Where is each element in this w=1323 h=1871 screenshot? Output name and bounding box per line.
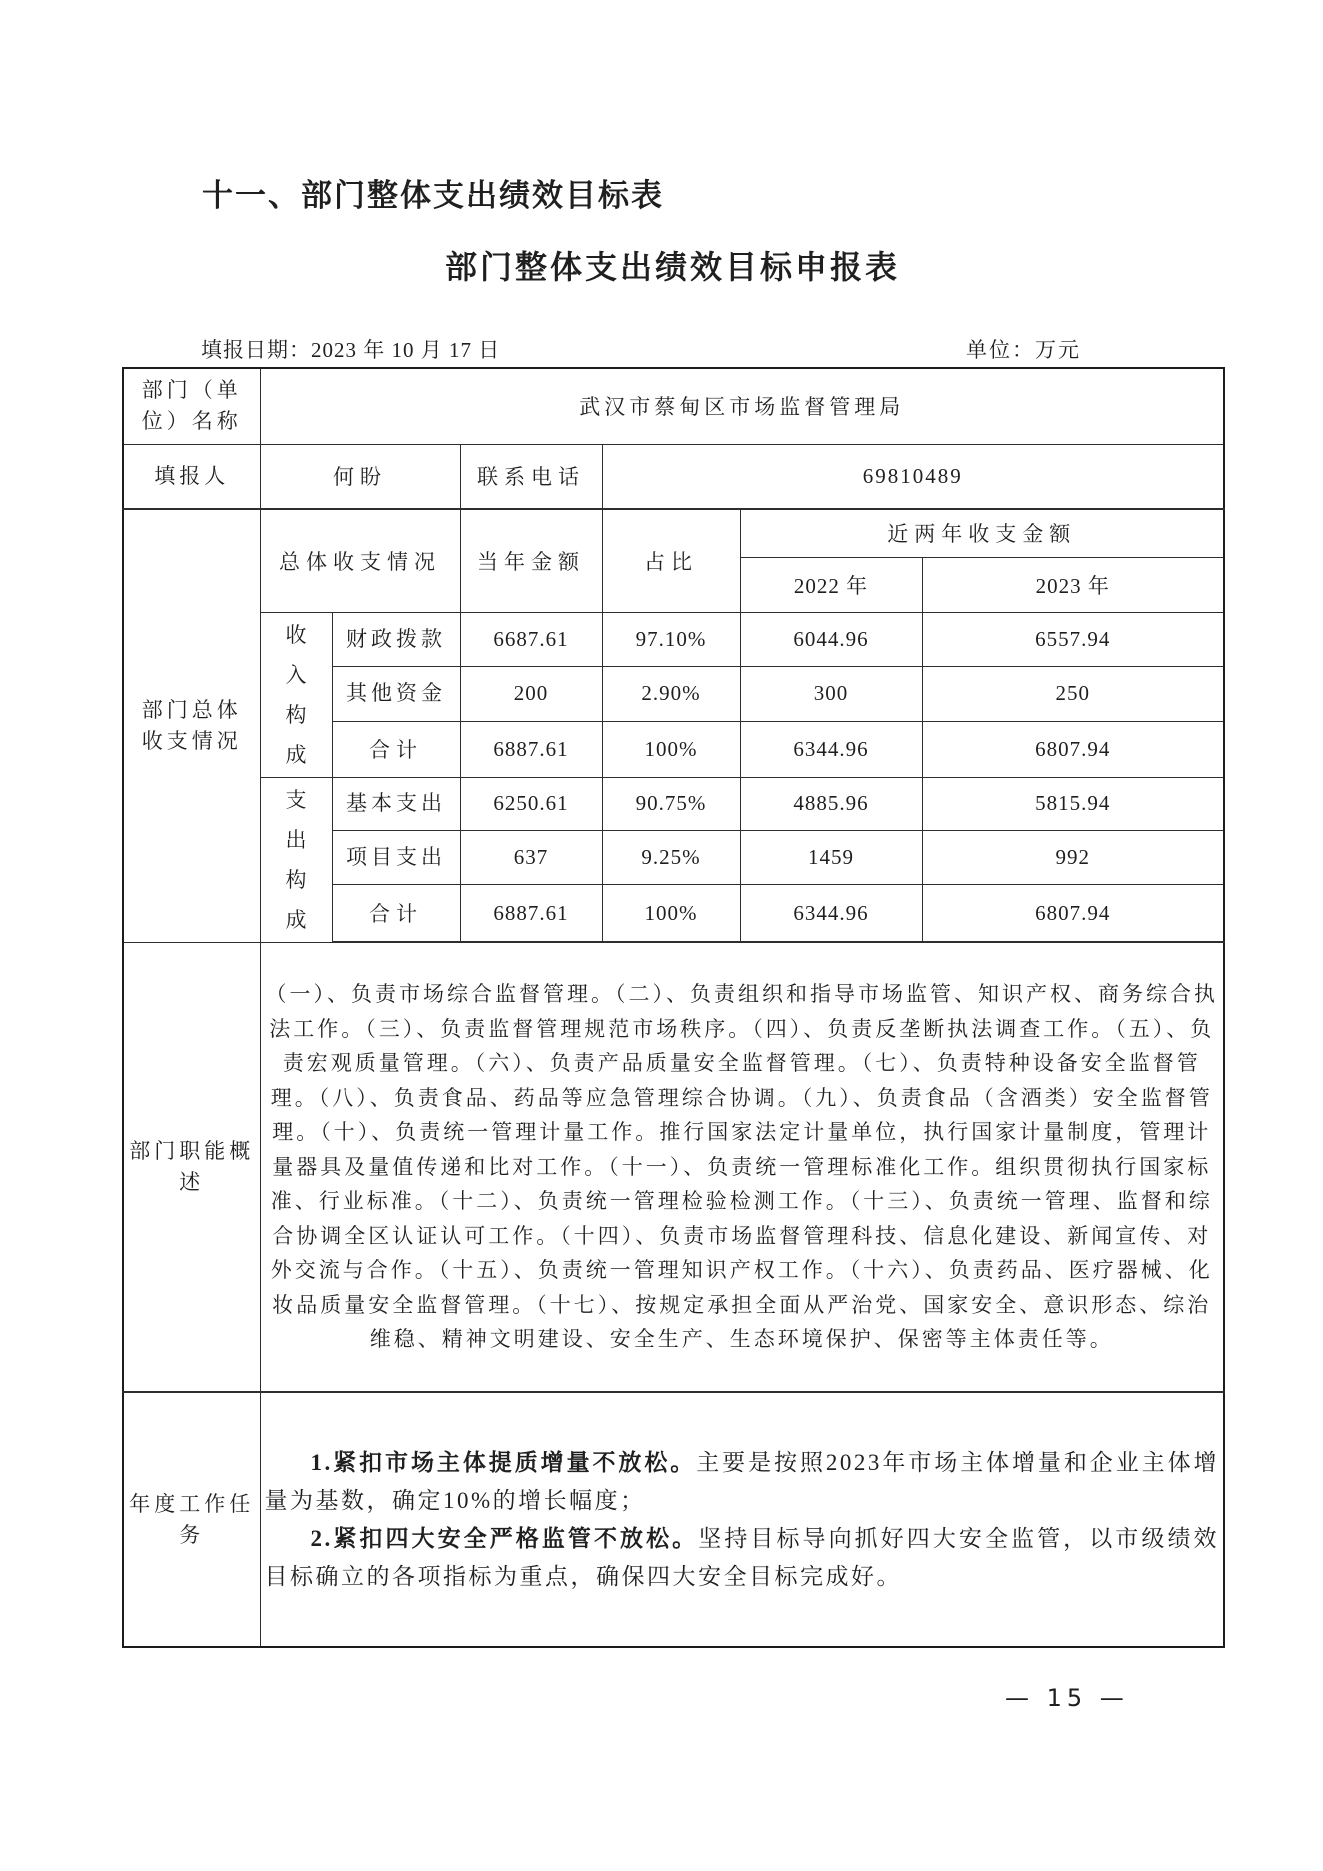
income-group-cell: 收 入 构 成 xyxy=(260,612,332,777)
expense-current-cell: 6887.61 xyxy=(460,885,602,942)
header-ratio-cell: 占比 xyxy=(602,509,740,612)
income-row: 收 入 构 成 财政拨款 6687.61 97.10% 6044.96 6557… xyxy=(123,612,1224,667)
task-heading: 1.紧扣市场主体提质增量不放松。 xyxy=(311,1450,697,1475)
income-item-cell: 其他资金 xyxy=(332,667,460,722)
header-2023-cell: 2023 年 xyxy=(922,557,1224,612)
page-number: — 15 — xyxy=(1005,1684,1129,1712)
tasks-text-cell: 1.紧扣市场主体提质增量不放松。主要是按照2023年市场主体增量和企业主体增量为… xyxy=(260,1392,1224,1647)
functions-row: 部门职能概 述 （一）、负责市场综合监督管理。（二）、负责组织和指导市场监管、知… xyxy=(123,942,1224,1392)
expense-item-cell: 项目支出 xyxy=(332,831,460,885)
dept-name-label-cell: 部门（单 位）名称 xyxy=(123,368,260,444)
income-2023-cell: 250 xyxy=(922,667,1224,722)
filler-row: 填报人 何盼 联系电话 69810489 xyxy=(123,444,1224,509)
income-current-cell: 6887.61 xyxy=(460,721,602,777)
dept-name-value-cell: 武汉市蔡甸区市场监督管理局 xyxy=(260,368,1224,444)
meta-row: 填报日期：2023 年 10 月 17 日 单位：万元 xyxy=(122,334,1223,364)
overview-label-cell: 部门总体 收支情况 xyxy=(123,509,260,942)
tasks-row: 年度工作任 务 1.紧扣市场主体提质增量不放松。主要是按照2023年市场主体增量… xyxy=(123,1392,1224,1647)
expense-2023-cell: 5815.94 xyxy=(922,777,1224,831)
header-recent-years-cell: 近两年收支金额 xyxy=(740,509,1224,557)
header-overall-cell: 总体收支情况 xyxy=(260,509,460,612)
form-title: 部门整体支出绩效目标申报表 xyxy=(122,242,1223,288)
expense-2022-cell: 6344.96 xyxy=(740,885,922,942)
expense-2023-cell: 6807.94 xyxy=(922,885,1224,942)
declaration-table: 部门（单 位）名称 武汉市蔡甸区市场监督管理局 填报人 何盼 联系电话 6981… xyxy=(122,367,1225,1648)
header-2022-cell: 2022 年 xyxy=(740,557,922,612)
task-item: 1.紧扣市场主体提质增量不放松。主要是按照2023年市场主体增量和企业主体增量为… xyxy=(265,1444,1220,1520)
functions-label-cell: 部门职能概 述 xyxy=(123,942,260,1392)
income-2022-cell: 300 xyxy=(740,667,922,722)
header-current-amount-cell: 当年金额 xyxy=(460,509,602,612)
table-header-row: 部门总体 收支情况 总体收支情况 当年金额 占比 近两年收支金额 xyxy=(123,509,1224,557)
phone-value-cell: 69810489 xyxy=(602,444,1224,509)
expense-ratio-cell: 9.25% xyxy=(602,831,740,885)
income-2022-cell: 6044.96 xyxy=(740,612,922,667)
income-item-cell: 合计 xyxy=(332,721,460,777)
functions-text: （一）、负责市场综合监督管理。（二）、负责组织和指导市场监管、知识产权、商务综合… xyxy=(260,942,1224,1392)
task-item: 2.紧扣四大安全严格监管不放松。坚持目标导向抓好四大安全监管，以市级绩效目标确立… xyxy=(265,1520,1220,1596)
tasks-label-cell: 年度工作任 务 xyxy=(123,1392,260,1647)
dept-name-row: 部门（单 位）名称 武汉市蔡甸区市场监督管理局 xyxy=(123,368,1224,444)
income-current-cell: 6687.61 xyxy=(460,612,602,667)
document-page: 十一、部门整体支出绩效目标表 部门整体支出绩效目标申报表 填报日期：2023 年… xyxy=(0,0,1323,1871)
section-title: 十一、部门整体支出绩效目标表 xyxy=(202,170,664,215)
expense-2023-cell: 992 xyxy=(922,831,1224,885)
expense-row: 支 出 构 成 基本支出 6250.61 90.75% 4885.96 5815… xyxy=(123,777,1224,831)
expense-current-cell: 637 xyxy=(460,831,602,885)
income-2023-cell: 6557.94 xyxy=(922,612,1224,667)
income-ratio-cell: 100% xyxy=(602,721,740,777)
expense-group-cell: 支 出 构 成 xyxy=(260,777,332,942)
filler-label-cell: 填报人 xyxy=(123,444,260,509)
fill-date: 填报日期：2023 年 10 月 17 日 xyxy=(201,334,500,364)
expense-item-cell: 合计 xyxy=(332,885,460,942)
task-heading: 2.紧扣四大安全严格监管不放松。 xyxy=(311,1526,699,1551)
income-ratio-cell: 2.90% xyxy=(602,667,740,722)
expense-2022-cell: 4885.96 xyxy=(740,777,922,831)
income-2023-cell: 6807.94 xyxy=(922,721,1224,777)
expense-item-cell: 基本支出 xyxy=(332,777,460,831)
unit-label: 单位：万元 xyxy=(966,334,1081,364)
expense-ratio-cell: 90.75% xyxy=(602,777,740,831)
expense-ratio-cell: 100% xyxy=(602,885,740,942)
expense-2022-cell: 1459 xyxy=(740,831,922,885)
income-ratio-cell: 97.10% xyxy=(602,612,740,667)
income-current-cell: 200 xyxy=(460,667,602,722)
expense-current-cell: 6250.61 xyxy=(460,777,602,831)
income-item-cell: 财政拨款 xyxy=(332,612,460,667)
phone-label-cell: 联系电话 xyxy=(460,444,602,509)
income-2022-cell: 6344.96 xyxy=(740,721,922,777)
filler-name-cell: 何盼 xyxy=(260,444,460,509)
